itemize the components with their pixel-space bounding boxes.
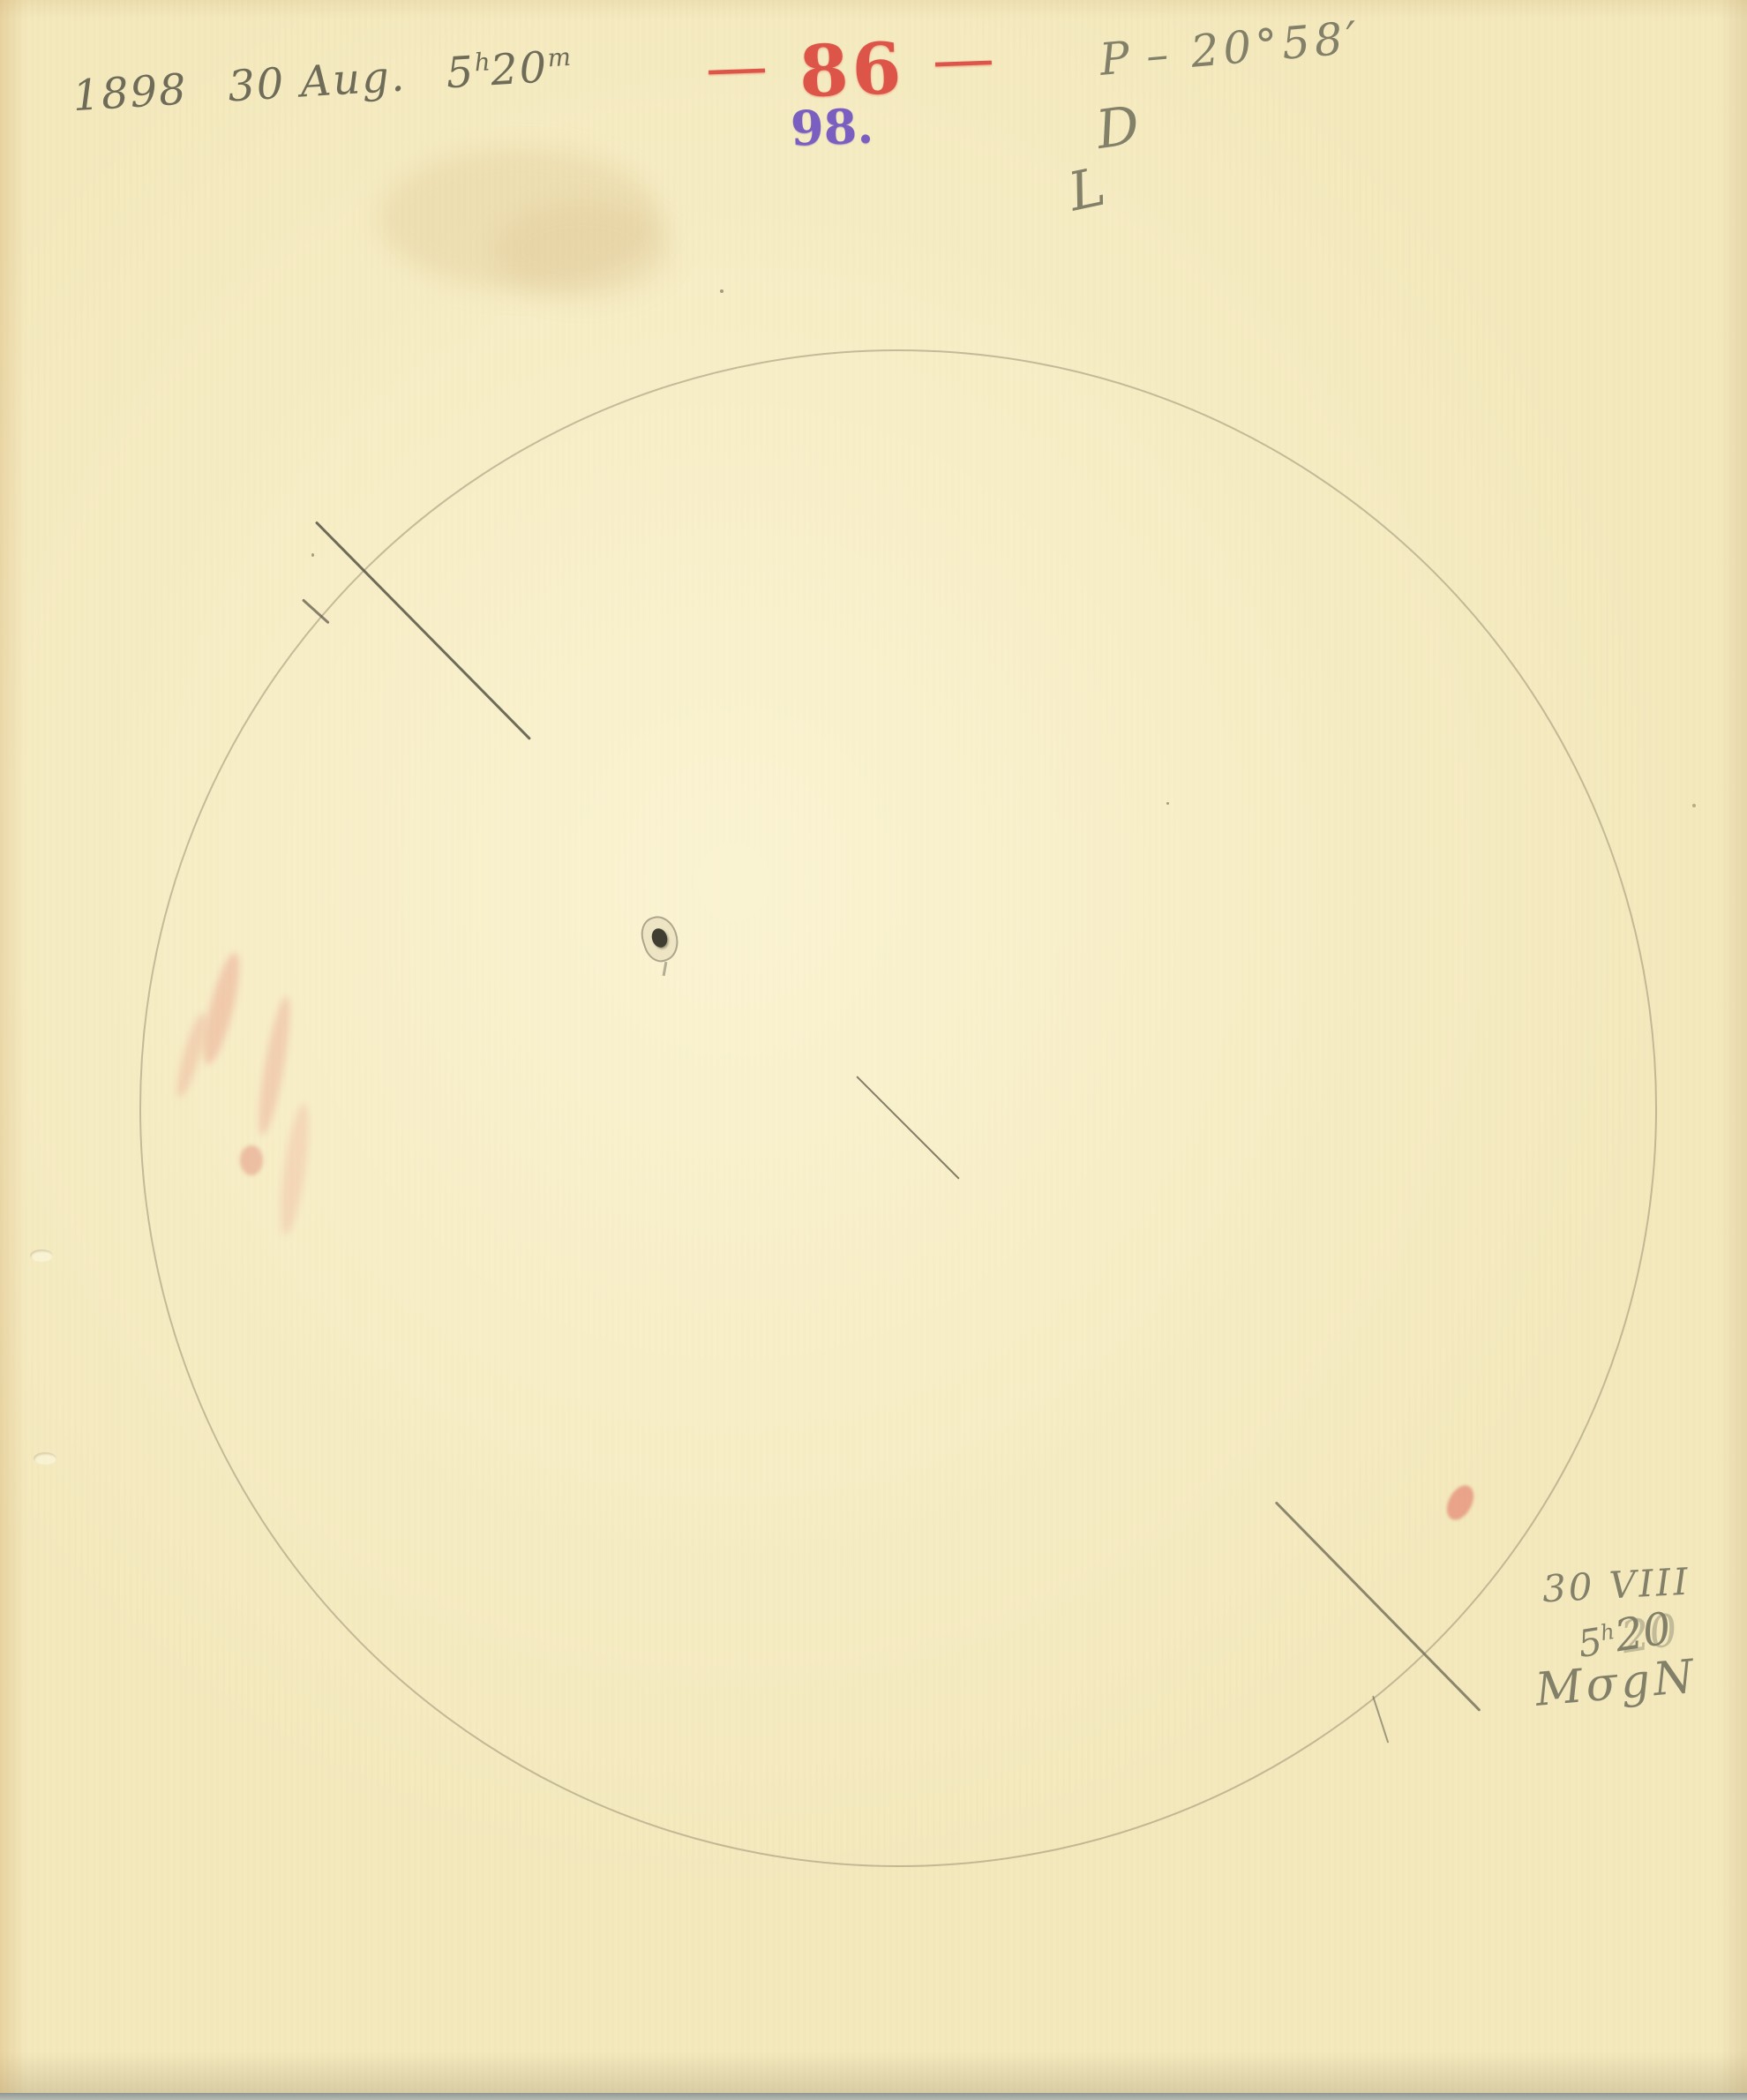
paper-dimple-1: [30, 1249, 53, 1262]
observation-year: 1898: [71, 64, 189, 121]
footer-date-note: 30 VIII: [1541, 1560, 1691, 1611]
paper-speck-3: [311, 553, 314, 557]
sunspot-group: [642, 916, 678, 962]
paper-speck-1: [720, 289, 724, 293]
d-label: D: [1092, 94, 1143, 161]
red-dash-right: —: [931, 21, 999, 96]
paper-speck-4: [1692, 804, 1696, 807]
p-label: P: [1098, 32, 1136, 86]
solar-disk-outline: [139, 349, 1657, 1867]
paper-dimple-2: [34, 1452, 56, 1465]
observation-time: 5h20m: [445, 41, 573, 99]
scan-bottom-edge: [0, 2093, 1747, 2100]
scanned-sunspot-drawing: { "document": { "kind": "sunspot-observa…: [0, 0, 1747, 2100]
red-dash-left: —: [704, 29, 772, 104]
paper-speck-2: [1166, 802, 1169, 805]
stamp-number-purple: 98.: [790, 97, 874, 156]
paper-stain-top-2: [494, 201, 671, 298]
red-smudge-5: [240, 1145, 263, 1175]
